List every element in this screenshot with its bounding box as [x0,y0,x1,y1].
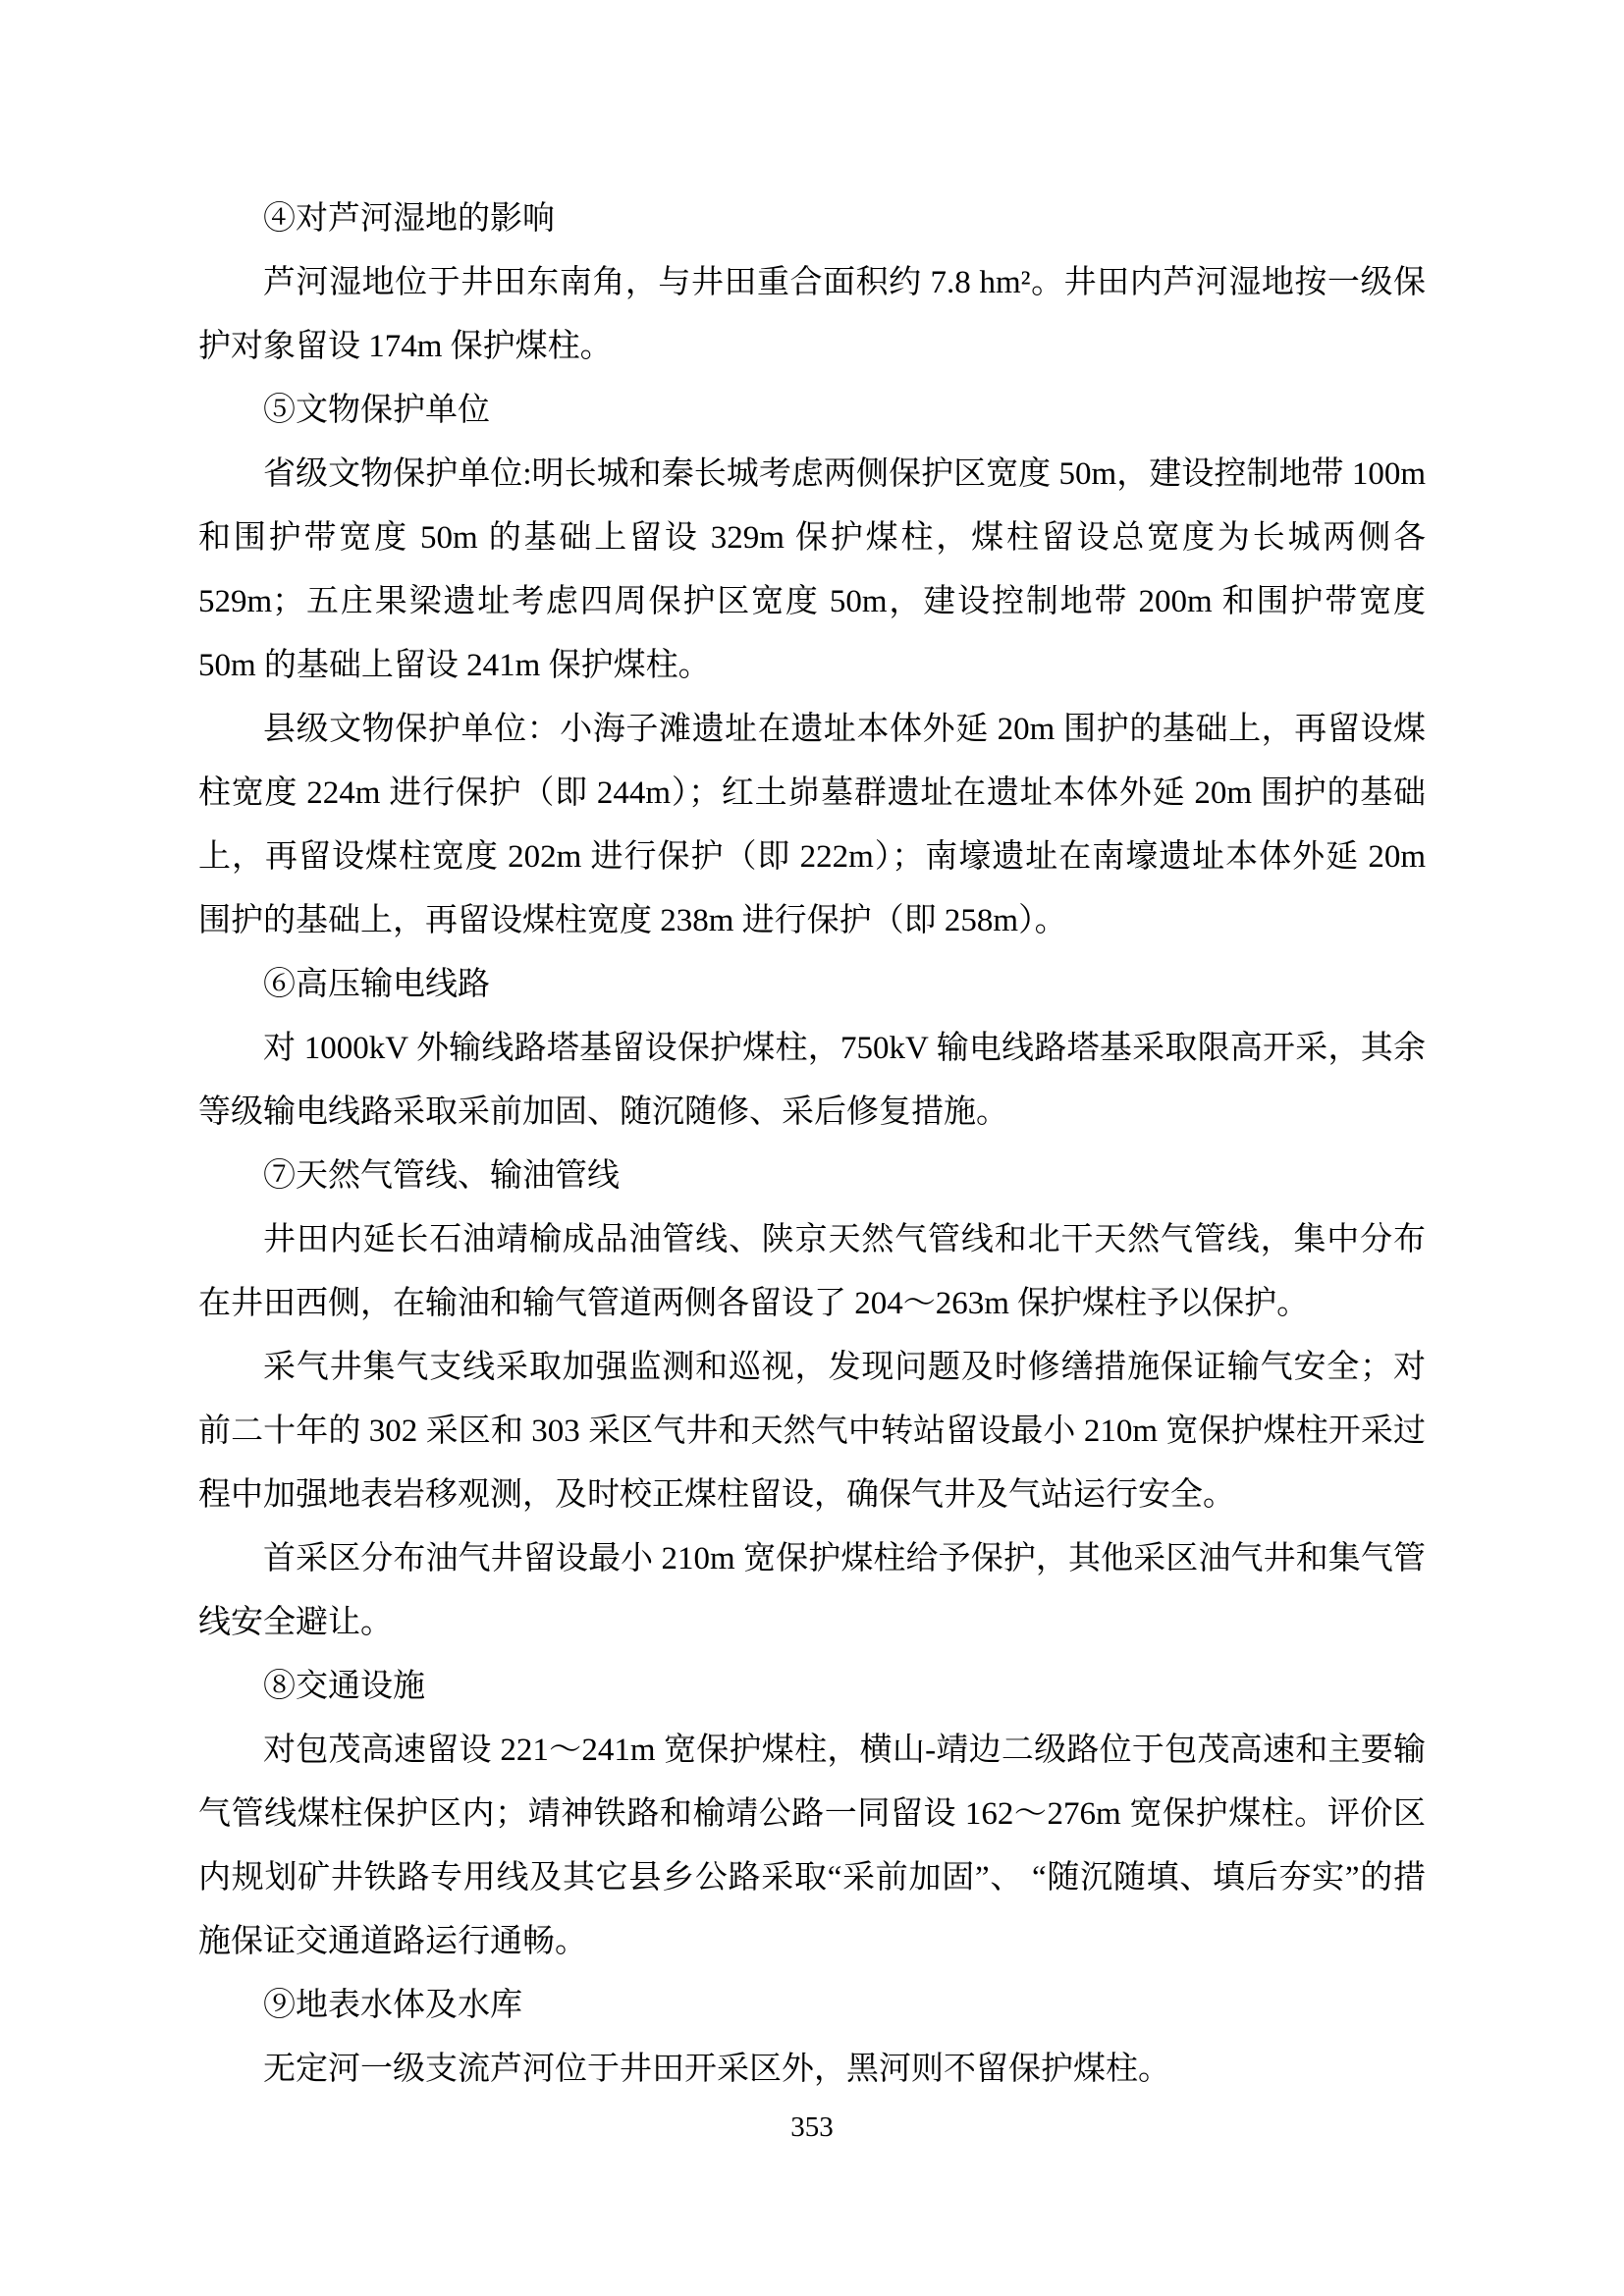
section-heading: ⑨地表水体及水库 [198,1974,1426,2038]
text-block: ④对芦河湿地的影响芦河湿地位于井田东南角，与井田重合面积约 7.8 hm²。井田… [198,187,1426,2102]
paragraph: 井田内延长石油靖榆成品油管线、陕京天然气管线和北干天然气管线，集中分布在井田西侧… [198,1208,1426,1336]
paragraph: 采气井集气支线采取加强监测和巡视，发现问题及时修缮措施保证输气安全；对前二十年的… [198,1336,1426,1527]
section-heading: ⑦天然气管线、输油管线 [198,1145,1426,1208]
paragraph: 无定河一级支流芦河位于井田开采区外，黑河则不留保护煤柱。 [198,2038,1426,2102]
paragraph: 对包茂高速留设 221～241m 宽保护煤柱，横山-靖边二级路位于包茂高速和主要… [198,1719,1426,1974]
section-heading: ④对芦河湿地的影响 [198,187,1426,251]
page-number: 353 [198,2110,1426,2144]
document-page: ④对芦河湿地的影响芦河湿地位于井田东南角，与井田重合面积约 7.8 hm²。井田… [0,0,1624,2296]
paragraph: 省级文物保护单位:明长城和秦长城考虑两侧保护区宽度 50m，建设控制地带 100… [198,443,1426,698]
paragraph: 对 1000kV 外输线路塔基留设保护煤柱，750kV 输电线路塔基采取限高开采… [198,1017,1426,1145]
section-heading: ⑥高压输电线路 [198,953,1426,1017]
paragraph: 芦河湿地位于井田东南角，与井田重合面积约 7.8 hm²。井田内芦河湿地按一级保… [198,251,1426,379]
section-heading: ⑧交通设施 [198,1655,1426,1719]
paragraph: 首采区分布油气井留设最小 210m 宽保护煤柱给予保护，其他采区油气井和集气管线… [198,1527,1426,1655]
paragraph: 县级文物保护单位：小海子滩遗址在遗址本体外延 20m 围护的基础上，再留设煤柱宽… [198,698,1426,953]
section-heading: ⑤文物保护单位 [198,379,1426,443]
